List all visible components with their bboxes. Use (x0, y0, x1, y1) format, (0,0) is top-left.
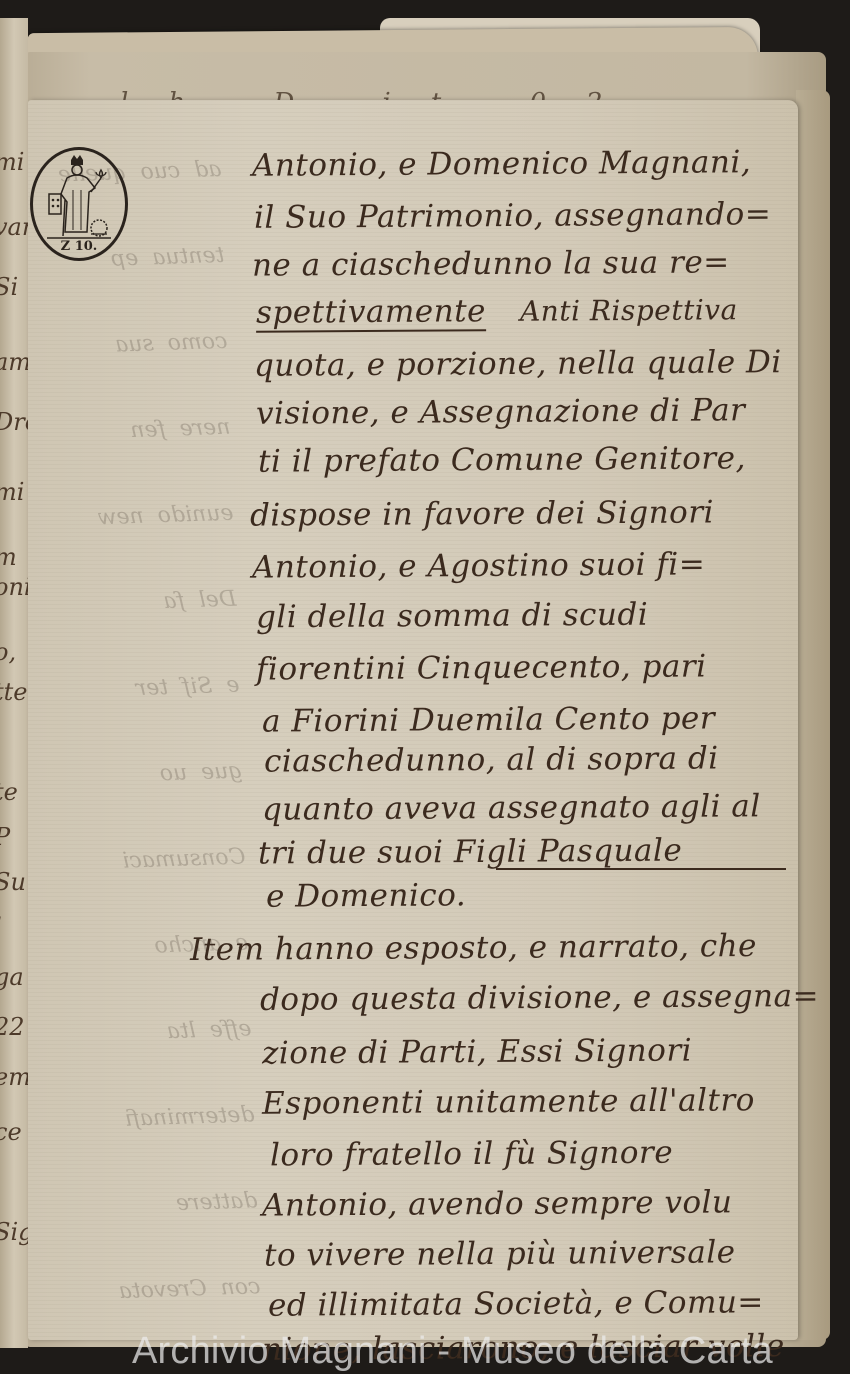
text-line: e Domenico. (266, 877, 466, 914)
fragment: tte (0, 678, 28, 706)
page-stack-right-edge (796, 90, 830, 1340)
text-line: to vivere nella più universale (264, 1234, 736, 1273)
fragment: 22 (0, 1013, 25, 1041)
fragment: ga (0, 963, 24, 991)
fragment: P (0, 823, 10, 851)
text-line: quanto aveva assegnato agli al (262, 788, 761, 827)
document-scan: lh D it 02 Pl mi vam Si ami Dro mi m oni… (0, 0, 850, 1374)
text-line: ciaschedunno, al di sopra di (264, 740, 719, 779)
text-line: zione di Parti, Essi Signori (262, 1032, 692, 1071)
fragment: oni (0, 573, 28, 601)
fragment: ami (0, 348, 28, 376)
archive-watermark: Archivio Magnani - Museo della Carta (132, 1330, 773, 1373)
text-line: loro fratello il fù Signore (270, 1135, 673, 1174)
fragment: em (0, 1063, 28, 1091)
fragment: ce (0, 1118, 22, 1146)
text-line: dispose in favore dei Signori (250, 494, 714, 533)
fragment: Su (0, 868, 26, 896)
underlined-word: spettivamente (256, 293, 486, 333)
text-line: Anti Rispettiva (520, 293, 738, 328)
fragment: m (0, 543, 17, 571)
text-line: Antonio, e Agostino suoi fi= (252, 546, 706, 585)
text-line: dopo questa divisione, e assegna= (260, 978, 819, 1018)
text-line: ed illimitata Società, e Comu= (268, 1284, 764, 1323)
fragment: Si (0, 273, 18, 301)
text-line: fiorentini Cinquecento, pari (256, 648, 707, 687)
fragment: Sig (0, 1218, 28, 1246)
text-line: Esponenti unitamente all'altro (262, 1082, 755, 1121)
text-line: visione, e Assegnazione di Par (256, 392, 746, 431)
fragment: l (0, 913, 2, 941)
ink-bleed-through: ad cuo quelletentua epcomo suanere feneu… (20, 127, 260, 1283)
text-line: Item hanno esposto, e narrato, che (190, 928, 757, 968)
fragment: Dro (0, 408, 28, 436)
fragment: o, (0, 638, 16, 666)
stamp-number: Z 10. (33, 239, 125, 254)
line-fill-rule (496, 868, 786, 870)
text-line: ti il prefato Comune Genitore, (258, 440, 746, 479)
text-line: spettivamente (256, 293, 486, 331)
fragment: te (0, 778, 18, 806)
fragment: mi (0, 478, 24, 506)
text-line: quota, e porzione, nella quale Di (254, 344, 782, 384)
text-line: Antonio, avendo sempre volu (262, 1184, 733, 1223)
text-line: ne a ciaschedunno la sua re= (252, 244, 730, 283)
text-line: a Fiorini Duemila Cento per (262, 700, 715, 739)
text-line: il Suo Patrimonio, assegnando= (254, 196, 771, 236)
text-line: tri due suoi Figli Pasquale (258, 833, 682, 872)
tax-stamp: Z 10. (30, 147, 128, 261)
text-line: gli della somma di scudi (256, 597, 648, 636)
text-line: Antonio, e Domenico Magnani, (252, 144, 751, 183)
